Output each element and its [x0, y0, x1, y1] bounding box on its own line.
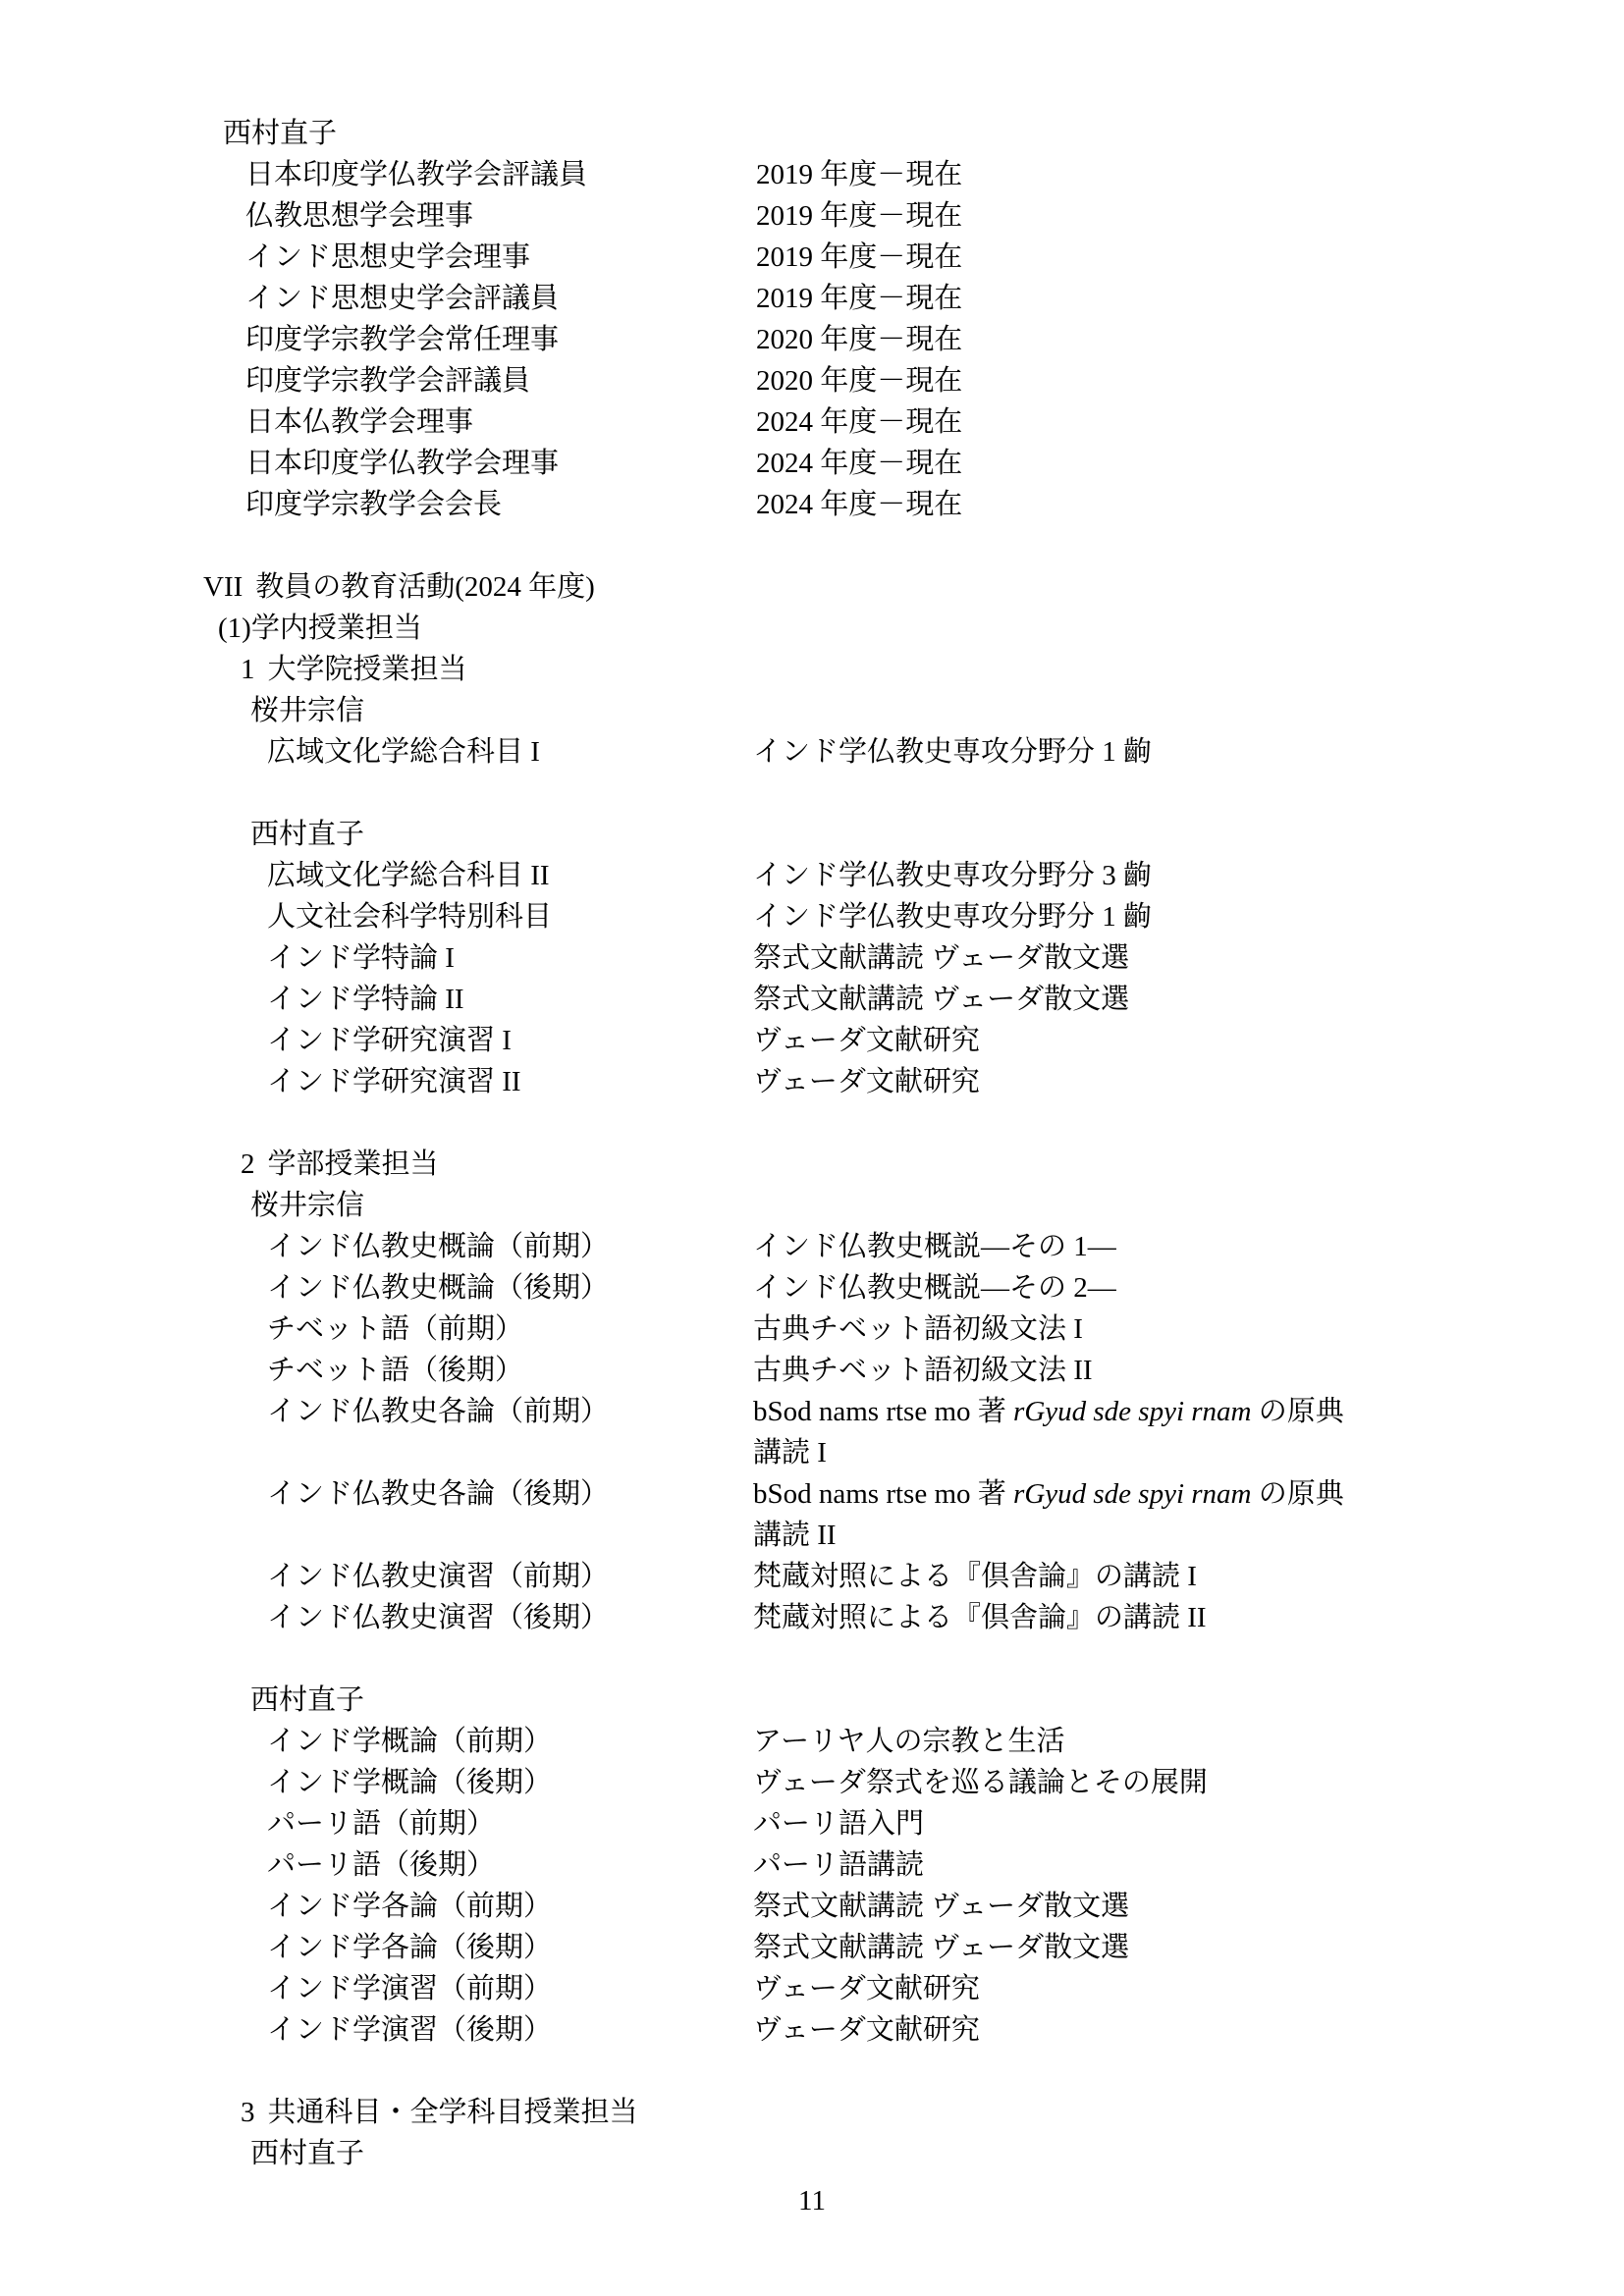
person-name: 西村直子	[0, 1680, 1624, 1721]
common-heading: 3共通科目・全学科目授業担当	[0, 2092, 1624, 2133]
affiliation-period: 2024 年度－現在	[756, 443, 962, 484]
common-heading-number: 3	[241, 2097, 255, 2128]
affiliation-period: 2024 年度－現在	[756, 401, 962, 443]
course-row: 広域文化学総合科目 II インド学仏教史専攻分野分 3 齣	[0, 855, 1624, 896]
course-name: 広域文化学総合科目 II	[267, 855, 753, 896]
course-description: 祭式文献講読 ヴェーダ散文選	[753, 1886, 1129, 1927]
affiliation-period: 2024 年度－現在	[756, 484, 962, 525]
course-description: 古典チベット語初級文法 I	[753, 1308, 1083, 1350]
description-text: bSod nams rtse mo 著	[753, 1396, 1013, 1427]
course-row: インド学概論（後期） ヴェーダ祭式を巡る議論とその展開	[0, 1762, 1624, 1803]
spacer	[0, 1102, 1624, 1144]
course-name: 人文社会科学特別科目	[267, 896, 753, 937]
affiliation-period: 2019 年度－現在	[756, 195, 962, 237]
person-name: 西村直子	[0, 113, 1624, 154]
affiliation-period: 2019 年度－現在	[756, 237, 962, 278]
affiliation-org: 日本仏教学会理事	[245, 401, 756, 443]
course-description: ヴェーダ文献研究	[753, 1061, 980, 1102]
course-row: インド学各論（後期） 祭式文献講読 ヴェーダ散文選	[0, 1927, 1624, 1968]
course-row: 人文社会科学特別科目 インド学仏教史専攻分野分 1 齣	[0, 896, 1624, 937]
course-row: インド学研究演習 I ヴェーダ文献研究	[0, 1020, 1624, 1061]
course-name: 広域文化学総合科目 I	[267, 731, 753, 773]
course-row: インド学各論（前期） 祭式文献講読 ヴェーダ散文選	[0, 1886, 1624, 1927]
affiliation-org: 日本印度学仏教学会評議員	[245, 154, 756, 195]
course-row: チベット語（前期） 古典チベット語初級文法 I	[0, 1308, 1624, 1350]
description-title-italic: rGyud sde spyi rnam	[1013, 1396, 1251, 1427]
course-description-line: 講読 I	[753, 1432, 1344, 1473]
affiliation-period: 2019 年度－現在	[756, 278, 962, 319]
person-name: 桜井宗信	[0, 690, 1624, 731]
course-row: 広域文化学総合科目 I インド学仏教史専攻分野分 1 齣	[0, 731, 1624, 773]
course-description: インド学仏教史専攻分野分 1 齣	[753, 896, 1152, 937]
course-description: ヴェーダ文献研究	[753, 1020, 980, 1061]
course-name: インド仏教史概論（後期）	[267, 1267, 753, 1308]
course-description: 祭式文献講読 ヴェーダ散文選	[753, 937, 1129, 979]
description-text: bSod nams rtse mo 著	[753, 1478, 1013, 1510]
course-row: インド学特論 I 祭式文献講読 ヴェーダ散文選	[0, 937, 1624, 979]
person-name: 西村直子	[0, 814, 1624, 855]
course-description: 古典チベット語初級文法 II	[753, 1350, 1093, 1391]
grad-heading-number: 1	[241, 654, 255, 685]
course-description: インド学仏教史専攻分野分 3 齣	[753, 855, 1152, 896]
course-description: パーリ語講読	[753, 1844, 924, 1886]
course-description: bSod nams rtse mo 著 rGyud sde spyi rnam …	[753, 1391, 1344, 1473]
affiliation-period: 2019 年度－現在	[756, 154, 962, 195]
course-description: 梵蔵対照による『倶舎論』の講読 II	[753, 1597, 1207, 1638]
course-name: インド学研究演習 II	[267, 1061, 753, 1102]
course-row: インド学演習（後期） ヴェーダ文献研究	[0, 2009, 1624, 2051]
course-row: インド仏教史概論（前期） インド仏教史概説―その 1―	[0, 1226, 1624, 1267]
subsection-heading: (1)学内授業担当	[0, 608, 1624, 649]
affiliation-org: 印度学宗教学会会長	[245, 484, 756, 525]
affiliation-org: インド思想史学会評議員	[245, 278, 756, 319]
common-heading-label: 共通科目・全学科目授業担当	[268, 2097, 638, 2128]
course-row: パーリ語（前期） パーリ語入門	[0, 1803, 1624, 1844]
affiliation-row: 印度学宗教学会評議員 2020 年度－現在	[0, 360, 1624, 401]
course-description: パーリ語入門	[753, 1803, 924, 1844]
spacer	[0, 773, 1624, 814]
course-row: インド仏教史概論（後期） インド仏教史概説―その 2―	[0, 1267, 1624, 1308]
course-description: 祭式文献講読 ヴェーダ散文選	[753, 979, 1129, 1020]
undergrad-heading-number: 2	[241, 1148, 255, 1180]
affiliation-row: 日本印度学仏教学会評議員 2019 年度－現在	[0, 154, 1624, 195]
course-name: インド仏教史概論（前期）	[267, 1226, 753, 1267]
course-row: インド仏教史演習（前期） 梵蔵対照による『倶舎論』の講読 I	[0, 1556, 1624, 1597]
course-description: インド仏教史概説―その 2―	[753, 1267, 1116, 1308]
course-row: インド仏教史各論（前期） bSod nams rtse mo 著 rGyud s…	[0, 1391, 1624, 1473]
course-description: ヴェーダ祭式を巡る議論とその展開	[753, 1762, 1208, 1803]
page-content: 西村直子 日本印度学仏教学会評議員 2019 年度－現在 仏教思想学会理事 20…	[0, 0, 1624, 2174]
description-title-italic: rGyud sde spyi rnam	[1013, 1478, 1251, 1510]
affiliation-row: 仏教思想学会理事 2019 年度－現在	[0, 195, 1624, 237]
course-name: インド学特論 II	[267, 979, 753, 1020]
course-name: インド仏教史演習（後期）	[267, 1597, 753, 1638]
course-row: インド学特論 II 祭式文献講読 ヴェーダ散文選	[0, 979, 1624, 1020]
affiliation-period: 2020 年度－現在	[756, 319, 962, 360]
description-text: の原典	[1251, 1478, 1343, 1510]
document-page: 西村直子 日本印度学仏教学会評議員 2019 年度－現在 仏教思想学会理事 20…	[0, 0, 1624, 2296]
course-name: チベット語（後期）	[267, 1350, 753, 1391]
affiliation-row: インド思想史学会理事 2019 年度－現在	[0, 237, 1624, 278]
course-name: インド学研究演習 I	[267, 1020, 753, 1061]
course-description: アーリヤ人の宗教と生活	[753, 1721, 1065, 1762]
section-title: 教員の教育活動(2024 年度)	[255, 571, 595, 603]
person-name: 西村直子	[0, 2133, 1624, 2174]
affiliation-org: 仏教思想学会理事	[245, 195, 756, 237]
affiliation-row: 印度学宗教学会会長 2024 年度－現在	[0, 484, 1624, 525]
course-description-line: bSod nams rtse mo 著 rGyud sde spyi rnam …	[753, 1391, 1344, 1432]
course-name: インド学特論 I	[267, 937, 753, 979]
course-row: インド学研究演習 II ヴェーダ文献研究	[0, 1061, 1624, 1102]
course-description-line: 講読 II	[753, 1515, 1344, 1556]
course-row: パーリ語（後期） パーリ語講読	[0, 1844, 1624, 1886]
course-name: インド学演習（後期）	[267, 2009, 753, 2051]
course-description: インド仏教史概説―その 1―	[753, 1226, 1116, 1267]
grad-heading-label: 大学院授業担当	[268, 654, 467, 685]
course-name: インド学概論（後期）	[267, 1762, 753, 1803]
course-name: インド仏教史演習（前期）	[267, 1556, 753, 1597]
course-description: bSod nams rtse mo 著 rGyud sde spyi rnam …	[753, 1473, 1344, 1556]
affiliation-period: 2020 年度－現在	[756, 360, 962, 401]
course-row: インド仏教史演習（後期） 梵蔵対照による『倶舎論』の講読 II	[0, 1597, 1624, 1638]
description-text: の原典	[1251, 1396, 1343, 1427]
person-name: 桜井宗信	[0, 1185, 1624, 1226]
course-description: 梵蔵対照による『倶舎論』の講読 I	[753, 1556, 1197, 1597]
affiliation-row: 印度学宗教学会常任理事 2020 年度－現在	[0, 319, 1624, 360]
spacer	[0, 2051, 1624, 2092]
course-name: インド学各論（前期）	[267, 1886, 753, 1927]
course-description: 祭式文献講読 ヴェーダ散文選	[753, 1927, 1129, 1968]
course-row: チベット語（後期） 古典チベット語初級文法 II	[0, 1350, 1624, 1391]
spacer	[0, 1638, 1624, 1680]
page-number: 11	[0, 2180, 1624, 2221]
course-name: インド学概論（前期）	[267, 1721, 753, 1762]
course-name: パーリ語（後期）	[267, 1844, 753, 1886]
section-numeral: VII	[203, 571, 243, 603]
spacer	[0, 525, 1624, 566]
affiliation-row: 日本印度学仏教学会理事 2024 年度－現在	[0, 443, 1624, 484]
course-name: インド学各論（後期）	[267, 1927, 753, 1968]
course-name: インド仏教史各論（後期）	[267, 1473, 753, 1515]
course-row: インド仏教史各論（後期） bSod nams rtse mo 著 rGyud s…	[0, 1473, 1624, 1556]
course-description: ヴェーダ文献研究	[753, 2009, 980, 2051]
section-heading: VII教員の教育活動(2024 年度)	[0, 566, 1624, 608]
grad-heading: 1大学院授業担当	[0, 649, 1624, 690]
affiliation-org: 印度学宗教学会評議員	[245, 360, 756, 401]
course-description: インド学仏教史専攻分野分 1 齣	[753, 731, 1152, 773]
course-row: インド学概論（前期） アーリヤ人の宗教と生活	[0, 1721, 1624, 1762]
course-name: チベット語（前期）	[267, 1308, 753, 1350]
course-name: インド学演習（前期）	[267, 1968, 753, 2009]
course-description-line: bSod nams rtse mo 著 rGyud sde spyi rnam …	[753, 1473, 1344, 1515]
affiliation-row: 日本仏教学会理事 2024 年度－現在	[0, 401, 1624, 443]
course-description: ヴェーダ文献研究	[753, 1968, 980, 2009]
affiliation-org: インド思想史学会理事	[245, 237, 756, 278]
affiliation-org: 日本印度学仏教学会理事	[245, 443, 756, 484]
course-name: パーリ語（前期）	[267, 1803, 753, 1844]
undergrad-heading: 2学部授業担当	[0, 1144, 1624, 1185]
affiliation-org: 印度学宗教学会常任理事	[245, 319, 756, 360]
course-row: インド学演習（前期） ヴェーダ文献研究	[0, 1968, 1624, 2009]
undergrad-heading-label: 学部授業担当	[268, 1148, 439, 1180]
course-name: インド仏教史各論（前期）	[267, 1391, 753, 1432]
affiliation-row: インド思想史学会評議員 2019 年度－現在	[0, 278, 1624, 319]
